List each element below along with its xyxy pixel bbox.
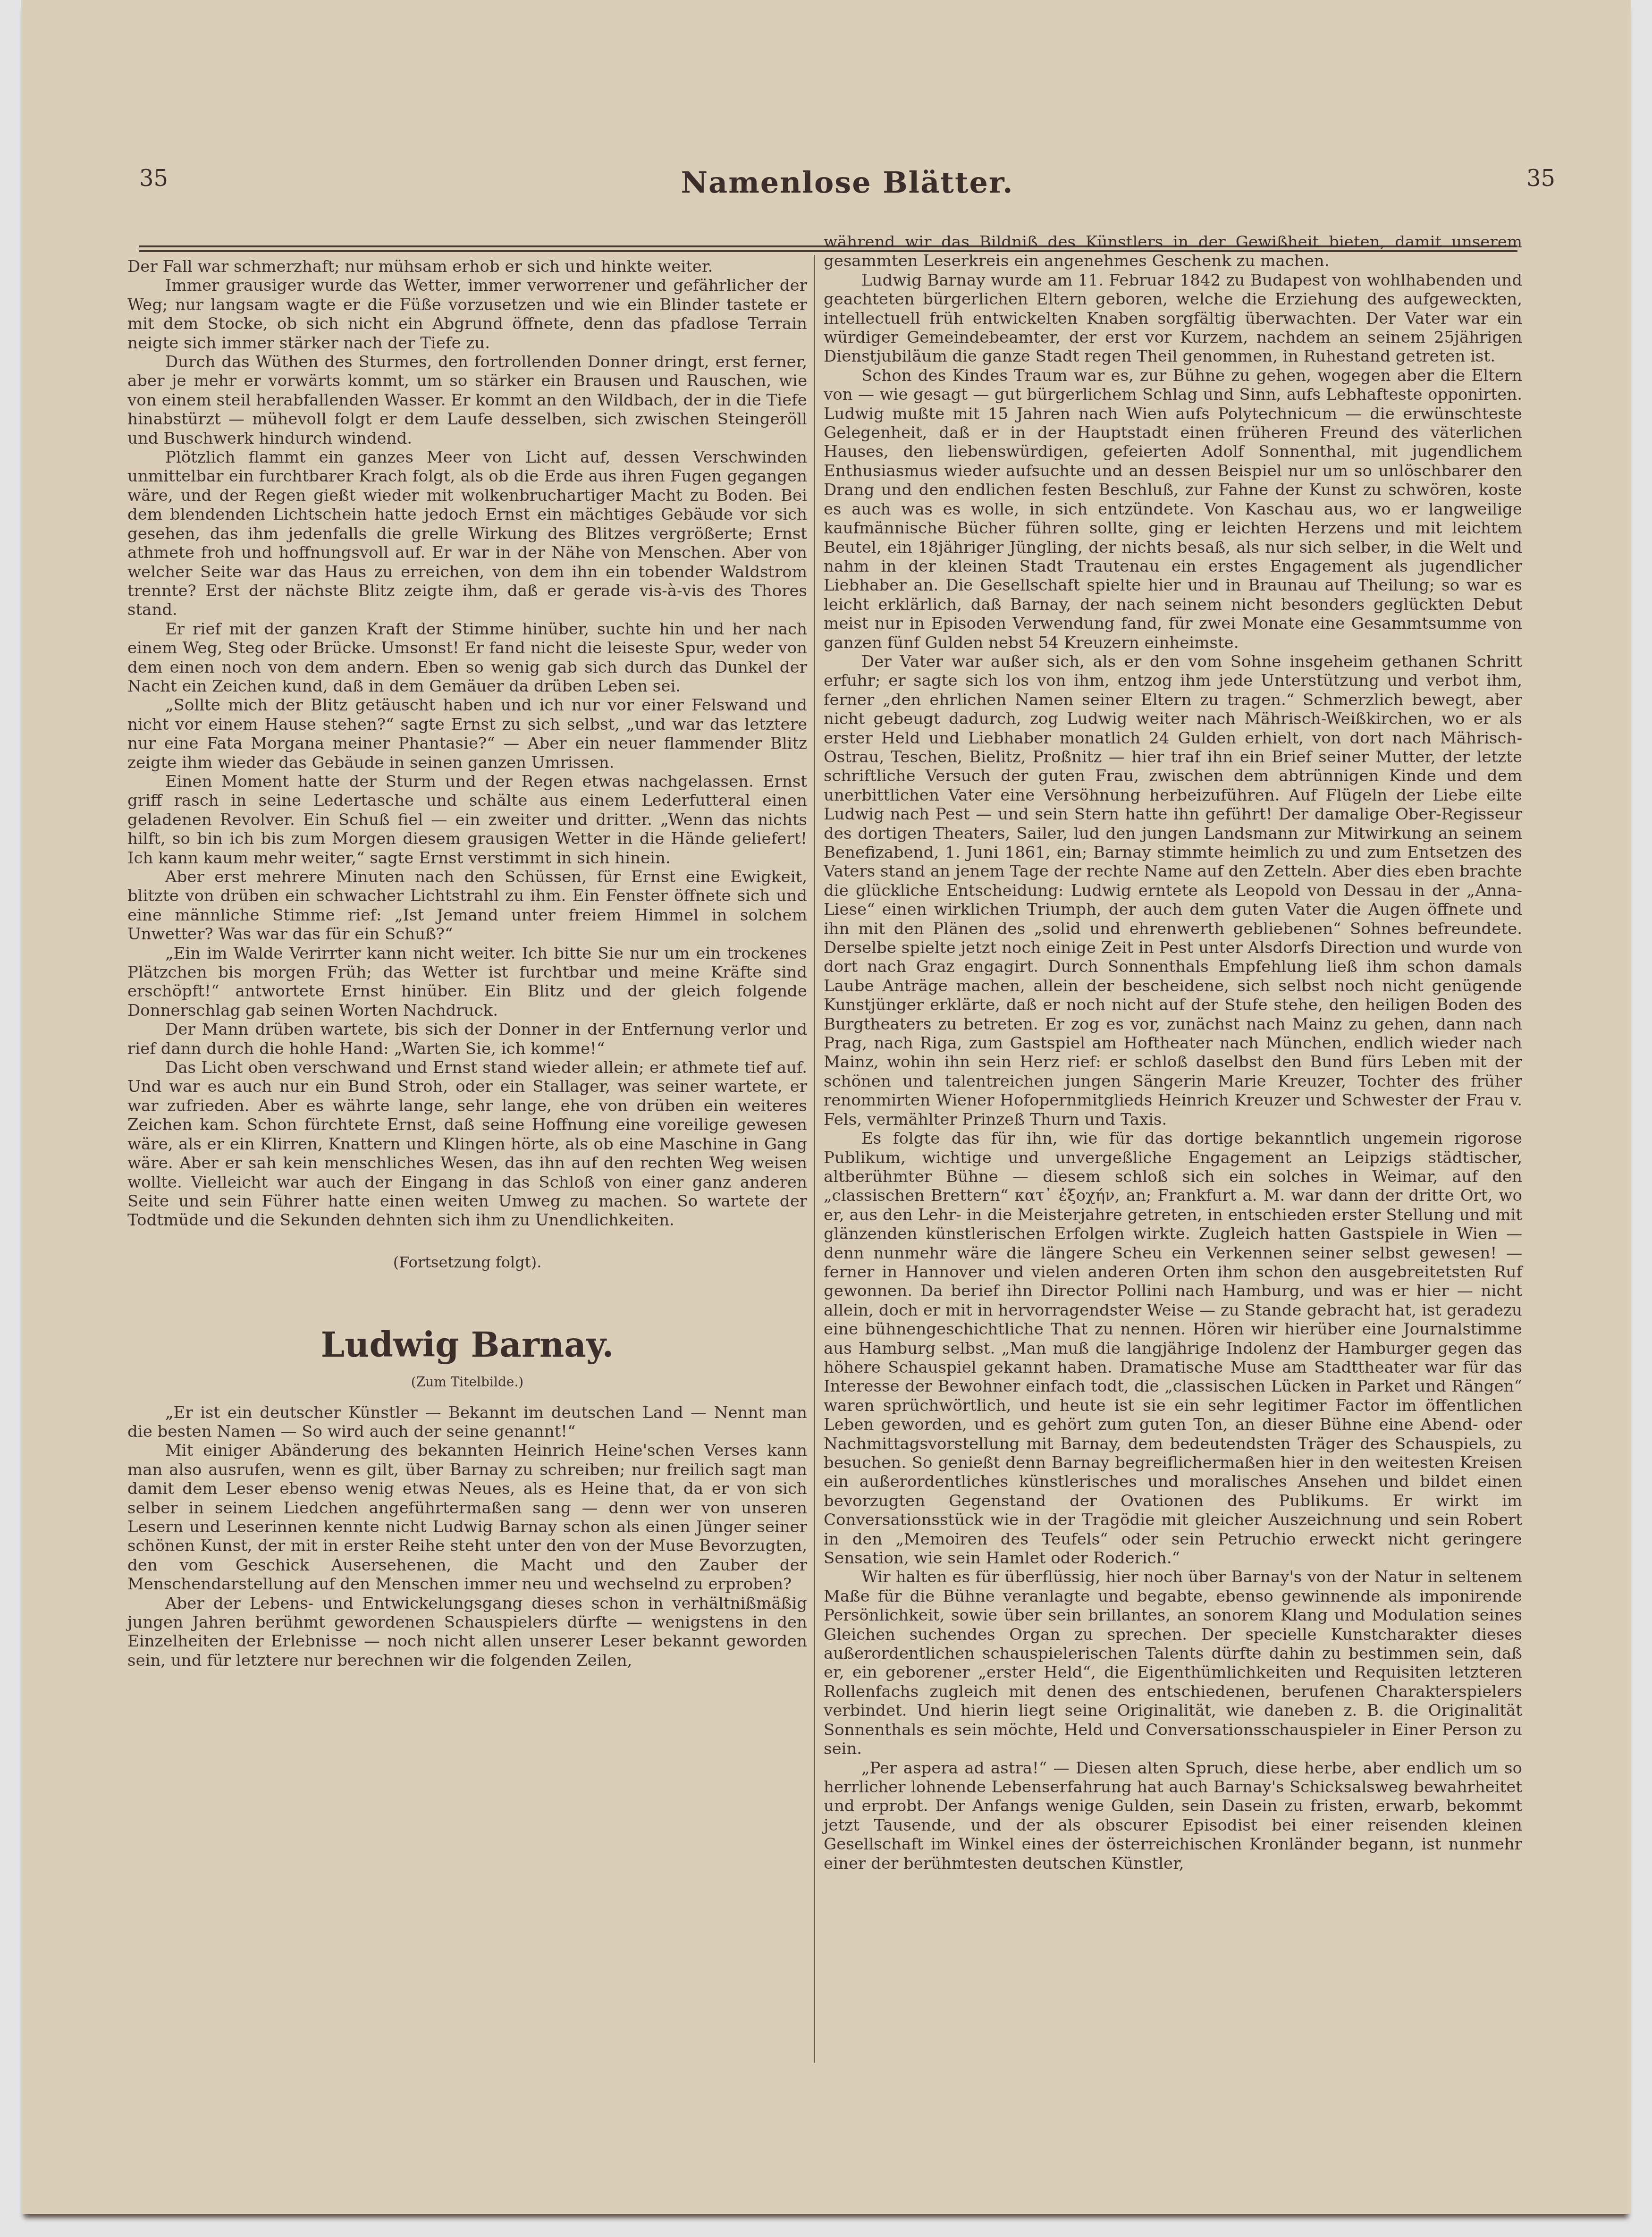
- page-number-right: 35: [1526, 165, 1555, 192]
- article-subtitle: (Zum Titelbilde.): [127, 1373, 807, 1392]
- article-paragraph: Der Vater war außer sich, als er den vom…: [824, 652, 1522, 1129]
- article-paragraph: Ludwig Barnay wurde am 11. Februar 1842 …: [824, 271, 1522, 366]
- page-header: 35 Namenlose Blätter. 35: [116, 165, 1579, 208]
- article-paragraph: Wir halten es für überflüssig, hier noch…: [824, 1568, 1522, 1758]
- story-paragraph: Der Mann drüben wartete, bis sich der Do…: [127, 1020, 807, 1058]
- article-paragraph: „Er ist ein deutscher Künstler — Bekannt…: [127, 1403, 807, 1442]
- article-paragraph: Es folgte das für ihn, wie für das dorti…: [824, 1129, 1522, 1568]
- continuation-note: (Fortsetzung folgt).: [127, 1253, 807, 1272]
- story-paragraph: Aber erst mehrere Minuten nach den Schüs…: [127, 868, 807, 944]
- masthead-title: Namenlose Blätter.: [116, 165, 1579, 200]
- story-paragraph: Er rief mit der ganzen Kraft der Stimme …: [127, 620, 807, 696]
- story-paragraph: „Ein im Walde Verirrter kann nicht weite…: [127, 944, 807, 1021]
- article-title: Ludwig Barnay.: [127, 1324, 807, 1366]
- article-paragraph: Schon des Kindes Traum war es, zur Bühne…: [824, 366, 1522, 652]
- right-column: während wir das Bildniß des Künstlers in…: [824, 233, 1522, 1873]
- article-paragraph: Aber der Lebens- und Entwickelungsgang d…: [127, 1594, 807, 1671]
- column-divider: [814, 255, 815, 2063]
- story-paragraph: Durch das Wüthen des Sturmes, den fortro…: [127, 353, 807, 448]
- article-paragraph: „Per aspera ad astra!“ — Diesen alten Sp…: [824, 1759, 1522, 1873]
- story-paragraph: Das Licht oben verschwand und Ernst stan…: [127, 1058, 807, 1230]
- article-paragraph: während wir das Bildniß des Künstlers in…: [824, 233, 1522, 271]
- story-paragraph: Plötzlich flammt ein ganzes Meer von Lic…: [127, 448, 807, 620]
- article-paragraph: Mit einiger Abänderung des bekannten Hei…: [127, 1441, 807, 1594]
- story-paragraph: Einen Moment hatte der Sturm und der Reg…: [127, 772, 807, 868]
- story-paragraph: Immer grausiger wurde das Wetter, immer …: [127, 276, 807, 353]
- story-paragraph: Der Fall war schmerzhaft; nur mühsam erh…: [127, 257, 807, 276]
- story-paragraph: „Sollte mich der Blitz getäuscht haben u…: [127, 696, 807, 772]
- left-column: Der Fall war schmerzhaft; nur mühsam erh…: [127, 257, 807, 1670]
